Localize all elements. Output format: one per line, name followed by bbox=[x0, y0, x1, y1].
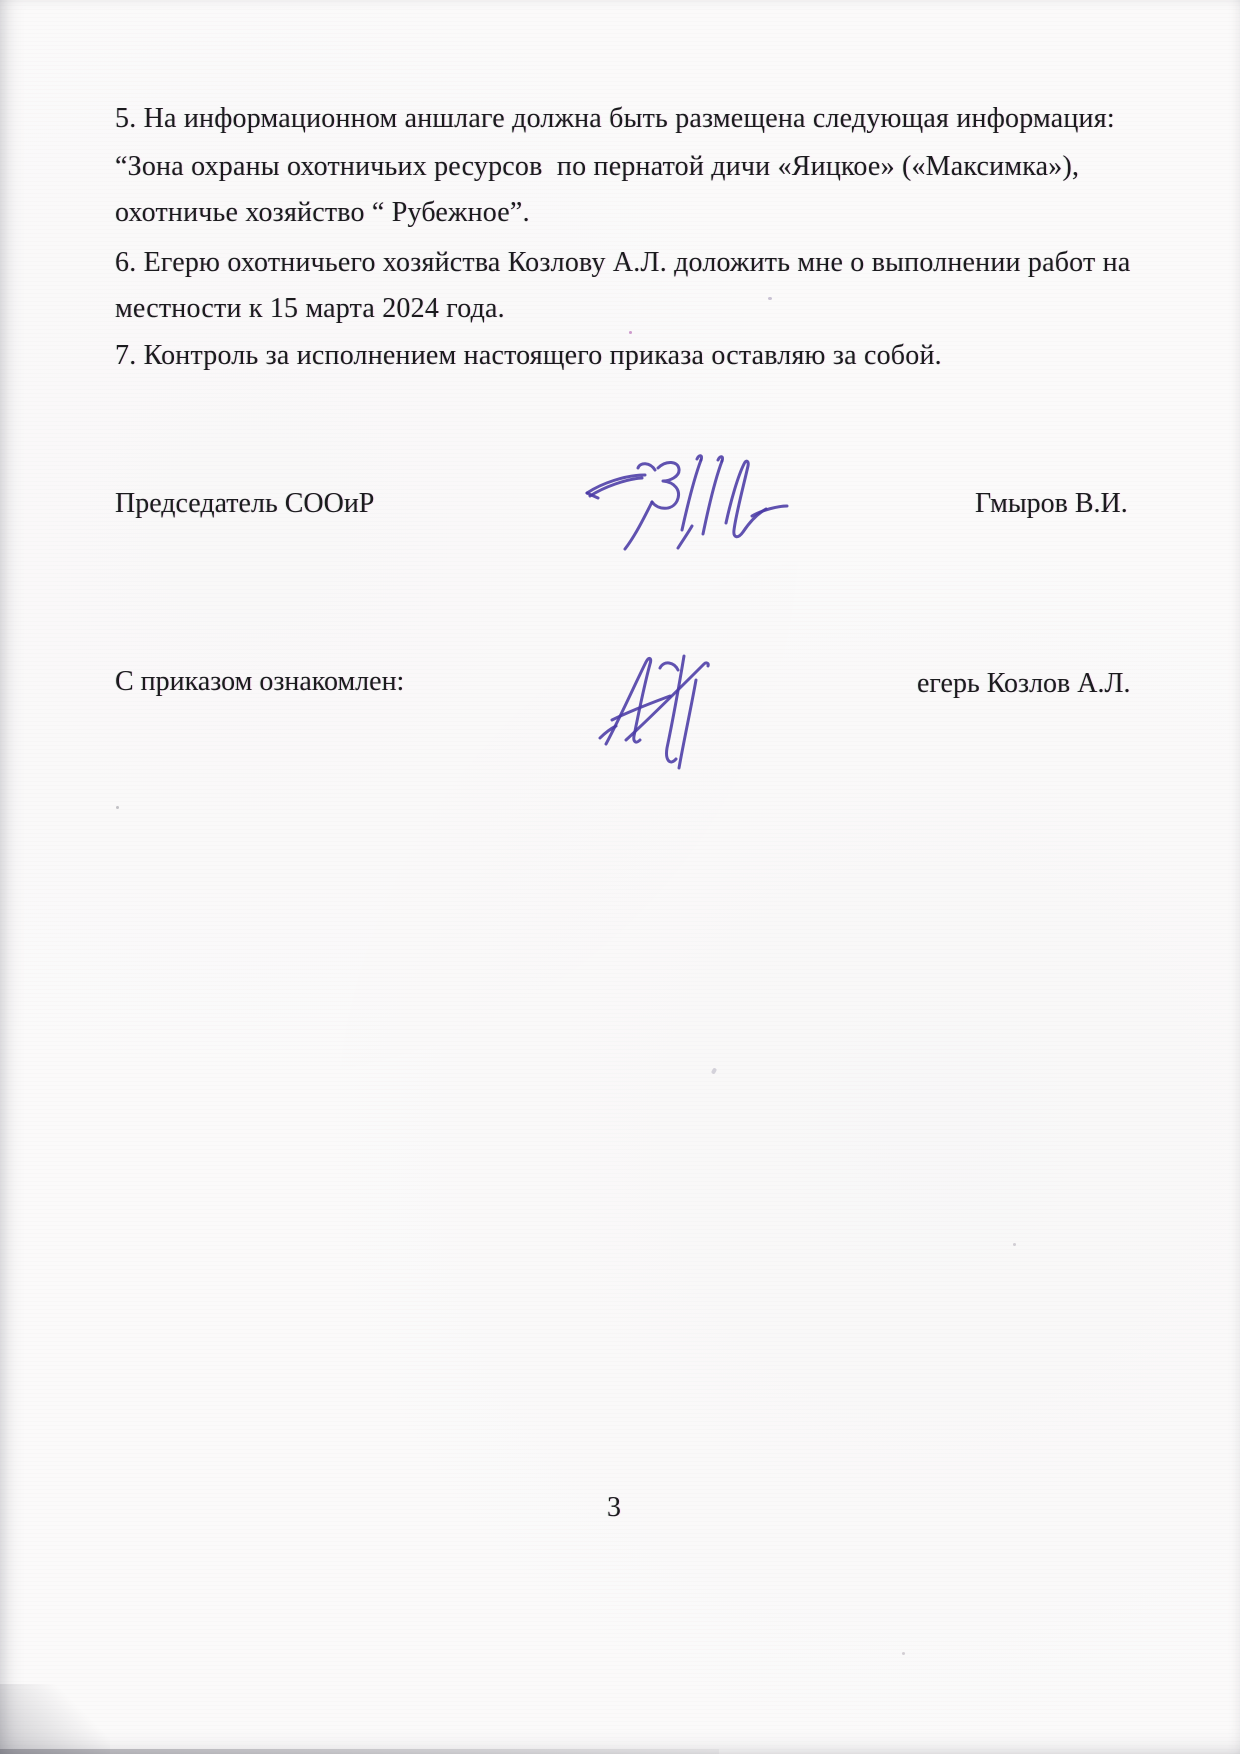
paragraph-7: 7. Контроль за исполнением настоящего пр… bbox=[115, 333, 942, 379]
signature-name-kozlov: егерь Козлов А.Л. bbox=[917, 668, 1131, 700]
handwritten-signature-kozlov-ink bbox=[592, 636, 742, 781]
quote-line-1: “Зона охраны охотничьих ресурсов по перн… bbox=[115, 144, 1079, 190]
quote-line-2: охотничье хозяйство “ Рубежное”. bbox=[115, 190, 1079, 236]
scan-speck bbox=[116, 806, 119, 809]
signature-name-gmyrov: Гмыров В.И. bbox=[975, 488, 1128, 520]
scan-bottom-edge-shadow bbox=[0, 1749, 719, 1754]
scan-speck bbox=[711, 1067, 717, 1074]
scan-speck bbox=[1013, 1243, 1016, 1246]
paragraph-6-line-1: 6. Егерю охотничьего хозяйства Козлову А… bbox=[115, 240, 1130, 286]
signature-role-chairman: Председатель СООиР bbox=[115, 488, 374, 520]
scanned-document-page: 5. На информационном аншлаге должна быть… bbox=[0, 0, 1240, 1754]
acknowledgement-label: С приказом ознакомлен: bbox=[115, 666, 404, 698]
paragraph-5: 5. На информационном аншлаге должна быть… bbox=[115, 96, 1115, 142]
paragraph-6: 6. Егерю охотничьего хозяйства Козлову А… bbox=[115, 240, 1130, 332]
scan-corner-shadow bbox=[0, 1684, 110, 1754]
paragraph-6-line-2: местности к 15 марта 2024 года. bbox=[115, 286, 1130, 332]
paragraph-7-line-1: 7. Контроль за исполнением настоящего пр… bbox=[115, 333, 942, 379]
handwritten-signature-gmyrov-ink bbox=[582, 448, 797, 568]
page-number: 3 bbox=[592, 1492, 636, 1524]
scan-speck bbox=[902, 1652, 905, 1655]
paragraph-quote-zone-name: “Зона охраны охотничьих ресурсов по перн… bbox=[115, 144, 1079, 236]
paragraph-5-line-1: 5. На информационном аншлаге должна быть… bbox=[115, 96, 1115, 142]
